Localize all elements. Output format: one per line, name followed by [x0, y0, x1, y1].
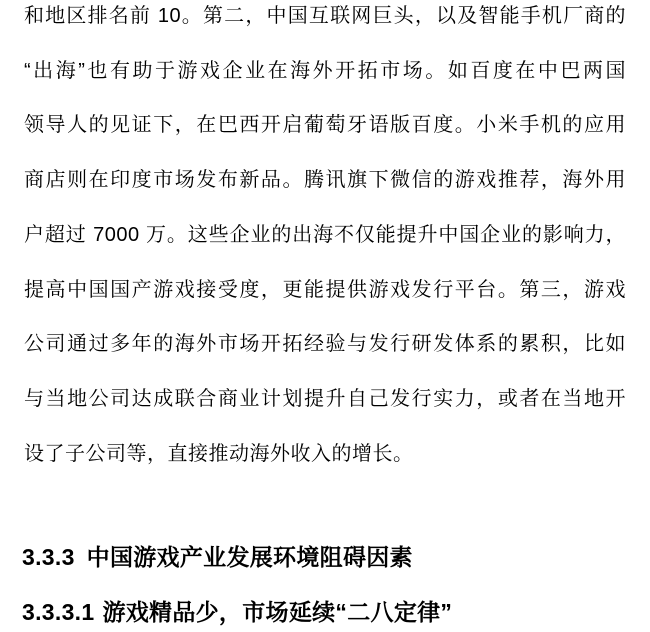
- section-heading-number: 3.3.3: [22, 544, 75, 570]
- subsection-heading: 3.3.3.1游戏精品少，市场延续“二八定律”: [22, 596, 452, 628]
- paragraph-line: 与当地公司达成联合商业计划提升自己发行实力，或者在当地开: [24, 372, 626, 427]
- paragraph-line: 商店则在印度市场发布新品。腾讯旗下微信的游戏推荐，海外用: [24, 153, 626, 208]
- subsection-heading-title: 游戏精品少，市场延续“二八定律”: [102, 599, 452, 625]
- paragraph-line: 和地区排名前 10。第二，中国互联网巨头，以及智能手机厂商的: [24, 0, 626, 44]
- paragraph-line: 提高中国国产游戏接受度，更能提供游戏发行平台。第三，游戏: [24, 263, 626, 318]
- body-paragraph: 和地区排名前 10。第二，中国互联网巨头，以及智能手机厂商的 “出海”也有助于游…: [24, 0, 626, 481]
- paragraph-line: 公司通过多年的海外市场开拓经验与发行研发体系的累积，比如: [24, 317, 626, 372]
- paragraph-line: 户超过 7000 万。这些企业的出海不仅能提升中国企业的影响力，: [24, 208, 626, 263]
- subsection-heading-number: 3.3.3.1: [22, 599, 94, 625]
- section-heading: 3.3.3中国游戏产业发展环境阻碍因素: [22, 541, 413, 573]
- paragraph-line: 领导人的见证下，在巴西开启葡萄牙语版百度。小米手机的应用: [24, 98, 626, 153]
- paragraph-line: 设了子公司等，直接推动海外收入的增长。: [24, 427, 626, 482]
- document-page: 和地区排名前 10。第二，中国互联网巨头，以及智能手机厂商的 “出海”也有助于游…: [0, 0, 650, 632]
- section-heading-title: 中国游戏产业发展环境阻碍因素: [87, 544, 413, 570]
- paragraph-line: “出海”也有助于游戏企业在海外开拓市场。如百度在中巴两国: [24, 44, 626, 99]
